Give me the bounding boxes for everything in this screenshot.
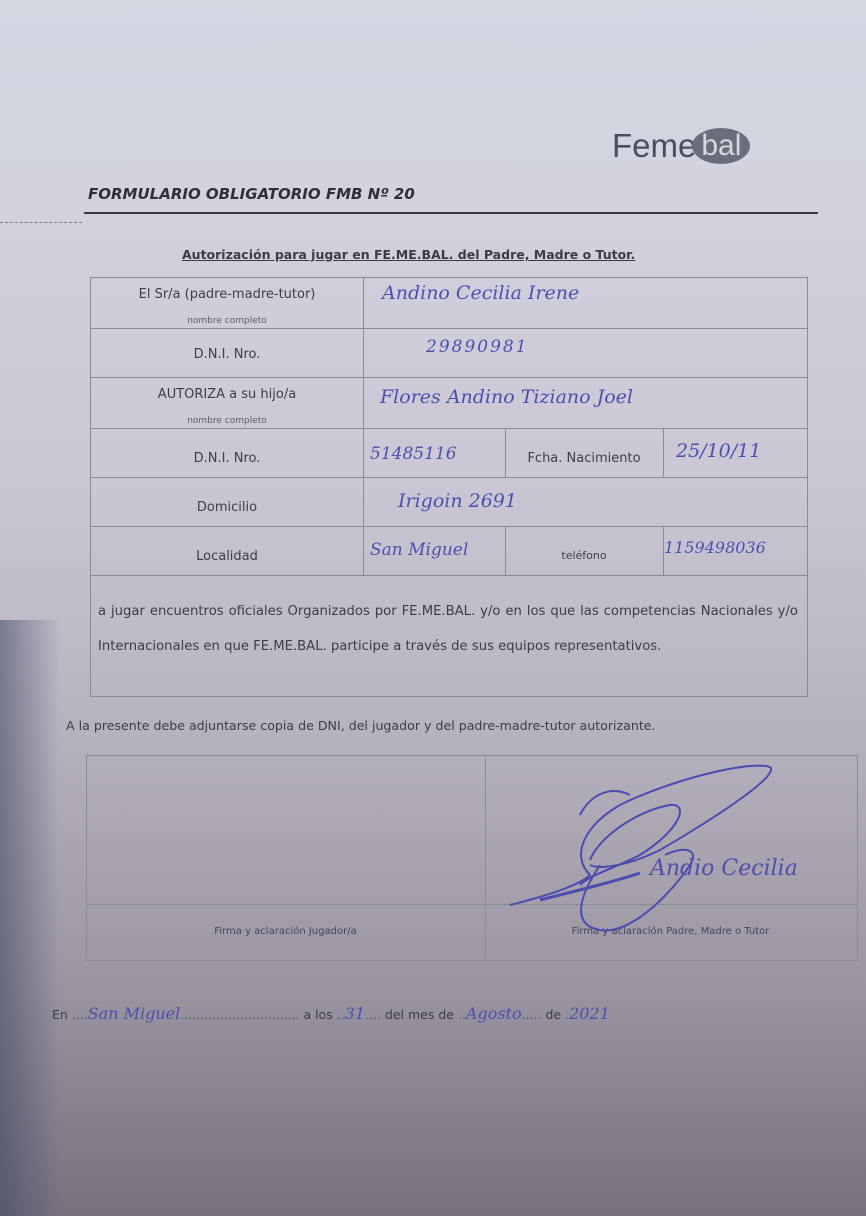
year-field[interactable]: 2021 — [569, 1004, 610, 1023]
form-subtitle: Autorización para jugar en FE.ME.BAL. de… — [182, 247, 635, 262]
year-label: de — [545, 1007, 561, 1022]
address-field[interactable]: Irigoin 2691 — [398, 490, 517, 512]
child-dni-label: D.N.I. Nro. — [92, 451, 362, 466]
month-field[interactable]: Agosto — [466, 1004, 522, 1023]
dashed-divider — [0, 222, 82, 223]
form-title: FORMULARIO OBLIGATORIO FMB Nº 20 — [88, 185, 415, 203]
guardian-label: El Sr/a (padre-madre-tutor) — [92, 287, 362, 302]
guardian-name-field[interactable]: Andino Cecilia Irene — [382, 282, 579, 304]
guardian-dni-label: D.N.I. Nro. — [92, 347, 362, 362]
guardian-sublabel: nombre completo — [92, 316, 362, 326]
player-signature-label: Firma y aclaración Jugador/a — [87, 926, 484, 937]
city-label: Localidad — [92, 549, 362, 564]
photo-shadow — [0, 620, 60, 1216]
day-field[interactable]: 31 — [345, 1004, 365, 1023]
phone-label: teléfono — [506, 549, 662, 562]
city-field[interactable]: San Miguel — [370, 540, 468, 560]
logo-ball-icon: bal — [692, 128, 750, 164]
month-label: del mes de — [385, 1007, 454, 1022]
guardian-signature-icon — [490, 755, 850, 940]
phone-field[interactable]: 1159498036 — [664, 538, 766, 557]
authorizes-label: AUTORIZA a su hijo/a — [92, 387, 362, 402]
logo-text: Feme — [612, 127, 696, 165]
player-signature-area[interactable] — [87, 756, 484, 903]
date-prefix: En — [52, 1007, 68, 1022]
date-line: En ....San Miguel.......................… — [52, 1004, 610, 1023]
address-label: Domicilio — [92, 500, 362, 515]
title-divider — [84, 212, 818, 214]
authorizes-sublabel: nombre completo — [92, 416, 362, 426]
child-name-field[interactable]: Flores Andino Tiziano Joel — [380, 386, 633, 408]
guardian-signature-text: Andio Cecilia — [650, 856, 798, 881]
attachment-note: A la presente debe adjuntarse copia de D… — [66, 718, 656, 733]
authorization-paragraph: a jugar encuentros oficiales Organizados… — [98, 594, 798, 664]
birth-date-field[interactable]: 25/10/11 — [676, 440, 761, 462]
birth-date-label: Fcha. Nacimiento — [506, 451, 662, 466]
place-field[interactable]: San Miguel — [88, 1004, 181, 1023]
femebal-logo: Feme bal — [612, 126, 750, 166]
days-label: a los — [303, 1007, 332, 1022]
child-dni-field[interactable]: 51485116 — [370, 444, 457, 464]
guardian-dni-field[interactable]: 29890981 — [426, 337, 529, 357]
